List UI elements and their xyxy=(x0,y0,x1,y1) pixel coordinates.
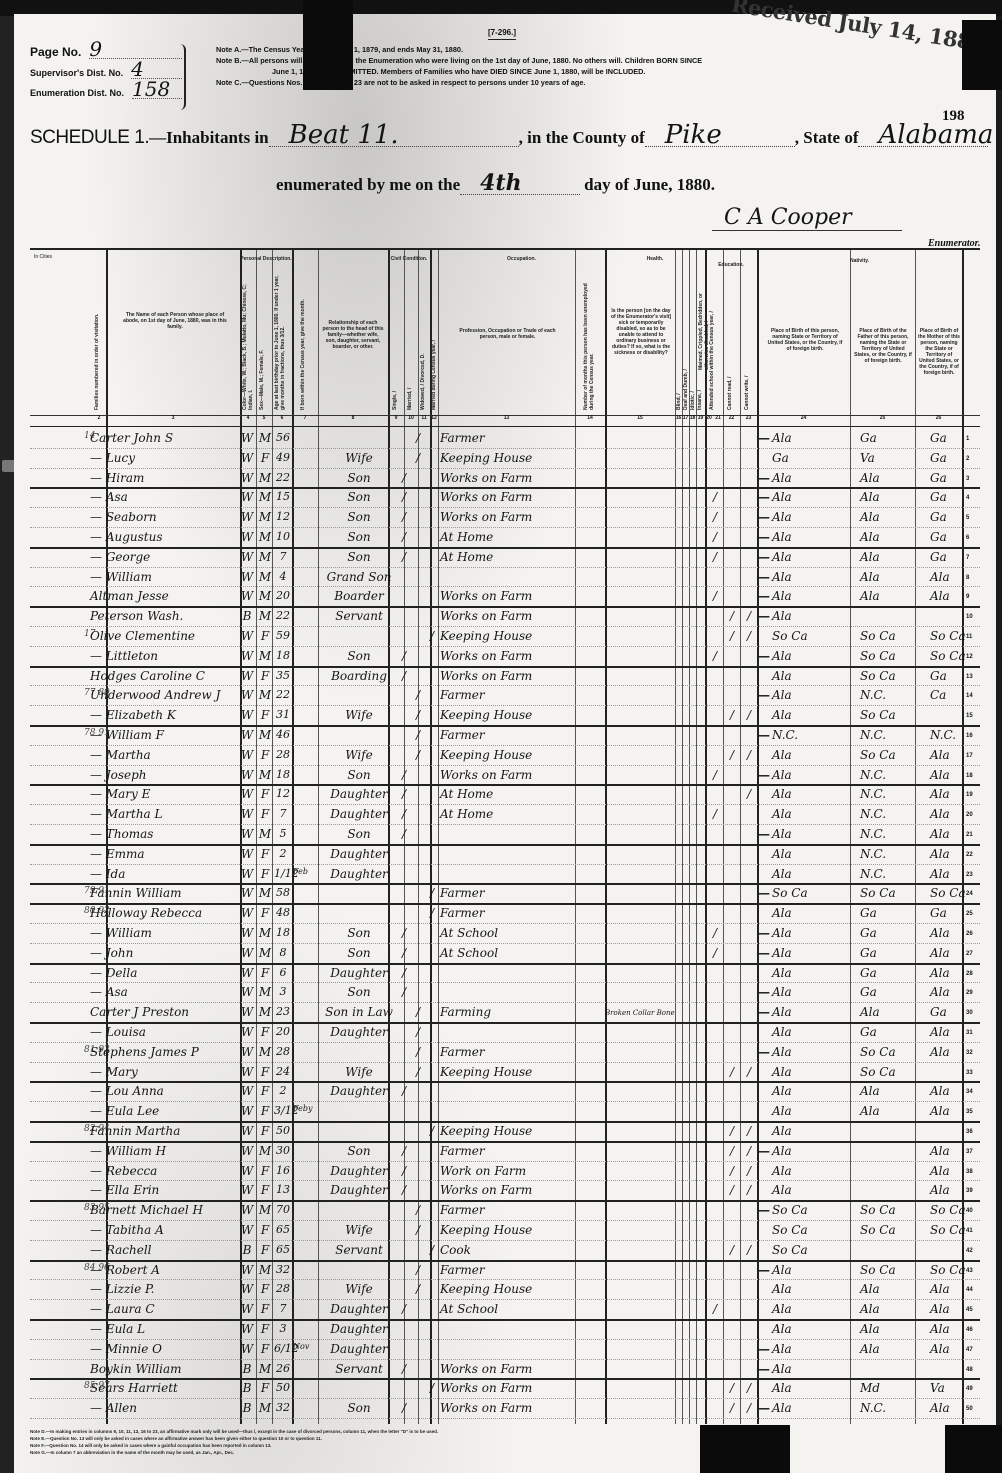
dash-mark: — xyxy=(758,570,770,584)
occupation: At School xyxy=(440,946,498,960)
birthplace: Ala xyxy=(772,748,792,762)
dash-mark: — xyxy=(758,985,770,999)
relationship: Daughter xyxy=(320,867,398,881)
cannot-write-mark: / xyxy=(747,1124,751,1138)
occupation: Works on Farm xyxy=(440,589,532,603)
color-code: W xyxy=(240,847,254,861)
single-mark: / xyxy=(402,471,406,485)
family-divider xyxy=(30,1141,980,1143)
birthplace: Ala xyxy=(772,589,792,603)
dash-mark: — xyxy=(758,946,770,960)
dash-mark: — xyxy=(758,471,770,485)
age-value: 28 xyxy=(274,1045,292,1058)
person-name: — Augustus xyxy=(90,530,163,544)
dash-mark: — xyxy=(758,1045,770,1059)
family-divider xyxy=(30,487,980,489)
dash-mark: — xyxy=(758,688,770,702)
color-code: W xyxy=(240,688,254,702)
age-value: 18 xyxy=(274,768,292,781)
father-birthplace: N.C. xyxy=(860,768,886,782)
family-divider xyxy=(30,1081,980,1083)
widowed-mark: / xyxy=(430,629,434,643)
age-value: 16 xyxy=(274,1164,292,1177)
birth-month: Nov xyxy=(293,1342,309,1351)
col-number: 20 xyxy=(705,415,713,421)
row-divider xyxy=(30,626,980,627)
line-number: 23 xyxy=(966,872,973,878)
birthplace: Ala xyxy=(772,768,792,782)
group-nativity: Nativity. xyxy=(757,258,962,264)
family-divider xyxy=(30,725,980,727)
occupation: Farmer xyxy=(440,1045,485,1059)
age-value: 49 xyxy=(274,451,292,464)
line-number: 19 xyxy=(966,792,973,798)
row-divider xyxy=(30,1101,980,1102)
father-birthplace: Ga xyxy=(860,926,877,940)
birthplace: Ala xyxy=(772,827,792,841)
color-code: B xyxy=(240,609,254,623)
married-mark: / xyxy=(416,1045,420,1059)
col-24-header: Place of Birth of this person, naming St… xyxy=(765,328,845,352)
line-number: 33 xyxy=(966,1070,973,1076)
col-15-header: Is the person [on the day of the Enumera… xyxy=(610,308,672,356)
line-number: 48 xyxy=(966,1367,973,1373)
row-divider xyxy=(30,1062,980,1063)
birthplace: Ala xyxy=(772,1302,792,1316)
row-divider xyxy=(30,527,980,528)
row-divider xyxy=(30,567,980,568)
relationship: Boarding xyxy=(320,669,398,683)
birthplace: Ala xyxy=(772,966,792,980)
row-divider xyxy=(30,448,980,449)
mother-birthplace: Ala xyxy=(930,1104,950,1118)
day-value: 4th xyxy=(460,172,580,195)
cannot-read-mark: / xyxy=(730,1164,734,1178)
married-mark: / xyxy=(416,1282,420,1296)
single-mark: / xyxy=(402,669,406,683)
father-birthplace: N.C. xyxy=(860,787,886,801)
single-mark: / xyxy=(402,787,406,801)
occupation: Keeping House xyxy=(440,748,532,762)
person-name: Underwood Andrew J xyxy=(90,688,220,702)
mother-birthplace: Ala xyxy=(930,1025,950,1039)
color-code: W xyxy=(240,748,254,762)
mother-birthplace: So Ca xyxy=(930,1223,966,1237)
birthplace: Ala xyxy=(772,1144,792,1158)
person-name: — Rebecca xyxy=(90,1164,157,1178)
color-code: W xyxy=(240,669,254,683)
father-birthplace: Ala xyxy=(860,1322,880,1336)
sex-code: M xyxy=(258,431,272,445)
row-divider xyxy=(30,586,980,587)
row-divider xyxy=(30,1359,980,1360)
relationship: Son xyxy=(320,1401,398,1415)
birthplace: Ala xyxy=(772,649,792,663)
age-value: 12 xyxy=(274,510,292,523)
widowed-mark: / xyxy=(430,1381,434,1395)
age-value: 10 xyxy=(274,530,292,543)
birthplace: Ala xyxy=(772,1005,792,1019)
sex-code: M xyxy=(258,550,272,564)
father-birthplace: N.C. xyxy=(860,867,886,881)
birthplace: Ala xyxy=(772,1362,792,1376)
dash-mark: — xyxy=(758,886,770,900)
dash-mark: — xyxy=(758,1005,770,1019)
birthplace: Ala xyxy=(772,1045,792,1059)
single-mark: / xyxy=(402,1401,406,1415)
page-no-label: Page No. xyxy=(30,45,81,59)
father-birthplace: Ga xyxy=(860,431,877,445)
sex-code: M xyxy=(258,688,272,702)
occupation: Works on Farm xyxy=(440,510,532,524)
age-value: 32 xyxy=(274,1263,292,1276)
row-divider xyxy=(30,1240,980,1241)
sex-code: F xyxy=(258,1381,272,1395)
cannot-write-mark: / xyxy=(747,1243,751,1257)
cannot-read-mark: / xyxy=(730,708,734,722)
occupation: Farmer xyxy=(440,728,485,742)
single-mark: / xyxy=(402,1084,406,1098)
father-birthplace: N.C. xyxy=(860,1401,886,1415)
age-value: 7 xyxy=(274,1302,292,1315)
age-value: 28 xyxy=(274,748,292,761)
color-code: W xyxy=(240,1084,254,1098)
dash-mark: — xyxy=(758,589,770,603)
mother-birthplace: Ala xyxy=(930,985,950,999)
cannot-read-mark: / xyxy=(730,748,734,762)
age-value: 20 xyxy=(274,1025,292,1038)
family-divider xyxy=(30,883,980,885)
mother-birthplace: Ga xyxy=(930,530,947,544)
col-number: 10 xyxy=(404,415,418,421)
birthplace: Ala xyxy=(772,609,792,623)
father-birthplace: So Ca xyxy=(860,629,896,643)
color-code: W xyxy=(240,1302,254,1316)
redaction-block xyxy=(945,1425,1002,1473)
father-birthplace: Ala xyxy=(860,1302,880,1316)
sex-code: M xyxy=(258,827,272,841)
age-value: 26 xyxy=(274,1362,292,1375)
mother-birthplace: So Ca xyxy=(930,1203,966,1217)
birthplace: Ala xyxy=(772,867,792,881)
schedule-title-line: SCHEDULE 1. —Inhabitants in Beat 11. , i… xyxy=(30,124,988,149)
person-name: Stephens James P xyxy=(90,1045,199,1059)
person-name: — Rachell xyxy=(90,1243,152,1257)
school-mark: / xyxy=(713,550,717,564)
place-value: Beat 11. xyxy=(269,124,519,147)
age-value: 18 xyxy=(274,926,292,939)
mother-birthplace: Ala xyxy=(930,1183,950,1197)
sex-code: F xyxy=(258,847,272,861)
birth-month: Feb xyxy=(293,867,308,876)
relationship: Son xyxy=(320,550,398,564)
person-name: — Asa xyxy=(90,490,128,504)
cannot-write-mark: / xyxy=(747,1065,751,1079)
father-birthplace: N.C. xyxy=(860,827,886,841)
age-value: 3 xyxy=(274,1322,292,1335)
row-divider xyxy=(30,1279,980,1280)
sex-code: M xyxy=(258,1045,272,1059)
col-number: 22 xyxy=(723,415,740,421)
line-number: 16 xyxy=(966,733,973,739)
father-birthplace: Ala xyxy=(860,1342,880,1356)
person-name: — John xyxy=(90,946,133,960)
age-value: 50 xyxy=(274,1124,292,1137)
col-number: 11 xyxy=(418,415,430,421)
person-name: — William xyxy=(90,570,152,584)
age-value: 70 xyxy=(274,1203,292,1216)
school-mark: / xyxy=(713,649,717,663)
county-label: , in the County of xyxy=(519,128,645,148)
line-number: 8 xyxy=(966,575,969,581)
single-mark: / xyxy=(402,966,406,980)
person-name: — Mary xyxy=(90,1065,138,1079)
age-value: 15 xyxy=(274,490,292,503)
occupation: Works on Farm xyxy=(440,768,532,782)
redaction-block xyxy=(700,1425,790,1473)
birthplace: Ala xyxy=(772,847,792,861)
inhabitants-label: —Inhabitants in xyxy=(149,128,269,148)
col-number: 24 xyxy=(757,415,850,421)
col-number: 14 xyxy=(575,415,605,421)
line-number: 14 xyxy=(966,693,973,699)
row-divider xyxy=(30,1042,980,1043)
row-divider xyxy=(30,1161,980,1162)
relationship: Son xyxy=(320,926,398,940)
occupation: Works on Farm xyxy=(440,1381,532,1395)
line-number: 37 xyxy=(966,1149,973,1155)
color-code: W xyxy=(240,1045,254,1059)
father-birthplace: Md xyxy=(860,1381,880,1395)
dash-mark: — xyxy=(758,550,770,564)
age-value: 2 xyxy=(274,847,292,860)
col-number: 16 xyxy=(675,415,682,421)
single-mark: / xyxy=(402,768,406,782)
relationship: Wife xyxy=(320,708,398,722)
age-value: 7 xyxy=(274,550,292,563)
mother-birthplace: Ga xyxy=(930,906,947,920)
mother-birthplace: Ala xyxy=(930,1045,950,1059)
father-birthplace: Ala xyxy=(860,471,880,485)
cannot-read-mark: / xyxy=(730,1124,734,1138)
dash-mark: — xyxy=(758,1203,770,1217)
enumeration-label: Enumeration Dist. No. xyxy=(30,88,124,98)
school-mark: / xyxy=(713,530,717,544)
color-code: W xyxy=(240,570,254,584)
sex-code: M xyxy=(258,985,272,999)
person-name: — William xyxy=(90,926,152,940)
cannot-read-mark: / xyxy=(730,629,734,643)
col-22-header: Cannot read, / xyxy=(727,360,733,410)
col-number: 18 xyxy=(689,415,696,421)
cannot-write-mark: / xyxy=(747,748,751,762)
birthplace: Ala xyxy=(772,787,792,801)
color-code: W xyxy=(240,886,254,900)
cannot-read-mark: / xyxy=(730,1381,734,1395)
occupation: Works on Farm xyxy=(440,609,532,623)
age-value: 1/12 xyxy=(274,867,292,880)
sex-code: F xyxy=(258,966,272,980)
person-name: — Eula L xyxy=(90,1322,145,1336)
sex-code: F xyxy=(258,1104,272,1118)
family-divider xyxy=(30,963,980,965)
cannot-write-mark: / xyxy=(747,1144,751,1158)
person-name: — Ida xyxy=(90,867,125,881)
line-number: 50 xyxy=(966,1406,973,1412)
birthplace: Ala xyxy=(772,1381,792,1395)
person-name: Peterson Wash. xyxy=(90,609,183,623)
line-number: 1 xyxy=(966,436,969,442)
col-4-header: Color—White, W.; Black, B.; Mulatto, Mu;… xyxy=(242,270,254,410)
father-birthplace: Va xyxy=(860,451,875,465)
col-number: 21 xyxy=(713,415,723,421)
person-name: — Robert A xyxy=(90,1263,160,1277)
birthplace: Ala xyxy=(772,946,792,960)
married-mark: / xyxy=(416,1263,420,1277)
age-value: 22 xyxy=(274,471,292,484)
occupation: Farming xyxy=(440,1005,491,1019)
occupation: Keeping House xyxy=(440,1223,532,1237)
widowed-mark: / xyxy=(430,1124,434,1138)
person-name: Carter J Preston xyxy=(90,1005,189,1019)
col-number: 4 xyxy=(240,415,256,421)
family-divider xyxy=(30,903,980,905)
sex-code: M xyxy=(258,570,272,584)
age-value: 28 xyxy=(274,1282,292,1295)
relationship: Son xyxy=(320,530,398,544)
row-divider xyxy=(30,646,980,647)
single-mark: / xyxy=(402,1144,406,1158)
redaction-block xyxy=(303,0,353,90)
mother-birthplace: So Ca xyxy=(930,886,966,900)
row-divider xyxy=(30,982,980,983)
father-birthplace: Ga xyxy=(860,906,877,920)
age-value: 13 xyxy=(274,1183,292,1196)
person-name: — William F xyxy=(90,728,164,742)
age-value: 6 xyxy=(274,966,292,979)
dash-mark: — xyxy=(758,1263,770,1277)
color-code: W xyxy=(240,550,254,564)
sex-code: M xyxy=(258,1263,272,1277)
sex-code: F xyxy=(258,1302,272,1316)
birthplace: Ala xyxy=(772,688,792,702)
mother-birthplace: Ala xyxy=(930,768,950,782)
relationship: Grand Son xyxy=(320,570,398,584)
dash-mark: — xyxy=(758,728,770,742)
family-divider xyxy=(30,666,980,668)
occupation: At School xyxy=(440,926,498,940)
person-name: — Laura C xyxy=(90,1302,155,1316)
person-name: — Lizzie P. xyxy=(90,1282,154,1296)
father-birthplace: N.C. xyxy=(860,688,886,702)
line-number: 3 xyxy=(966,476,969,482)
birthplace: Ala xyxy=(772,1124,792,1138)
relationship: Daughter xyxy=(320,1025,398,1039)
color-code: W xyxy=(240,510,254,524)
married-mark: / xyxy=(416,1203,420,1217)
state-label: , State of xyxy=(795,128,859,148)
row-divider xyxy=(30,1398,980,1399)
col-number: 26 xyxy=(915,415,962,421)
mother-birthplace: Ga xyxy=(930,431,947,445)
cannot-write-mark: / xyxy=(747,708,751,722)
birthplace: So Ca xyxy=(772,629,808,643)
relationship: Daughter xyxy=(320,1164,398,1178)
footer-notes: Note D.—In making entries in columns 9, … xyxy=(30,1428,930,1456)
person-name: — Eula Lee xyxy=(90,1104,159,1118)
cannot-write-mark: / xyxy=(747,1381,751,1395)
single-mark: / xyxy=(402,1183,406,1197)
sex-code: M xyxy=(258,530,272,544)
mother-birthplace: Ga xyxy=(930,490,947,504)
person-name: — Ella Erin xyxy=(90,1183,159,1197)
district-info-box: Page No.9 Supervisor's Dist. No.4 Enumer… xyxy=(30,40,182,112)
person-name: Fannin Martha xyxy=(90,1124,180,1138)
sex-code: F xyxy=(258,748,272,762)
relationship: Son xyxy=(320,827,398,841)
birthplace: Ala xyxy=(772,1401,792,1415)
school-mark: / xyxy=(713,768,717,782)
father-birthplace: So Ca xyxy=(860,669,896,683)
birthplace: Ala xyxy=(772,807,792,821)
enumeration-value: 158 xyxy=(132,80,182,99)
age-value: 4 xyxy=(274,570,292,583)
line-number: 4 xyxy=(966,495,969,501)
family-divider xyxy=(30,784,980,786)
col-number: 2 xyxy=(94,415,104,421)
birthplace: Ala xyxy=(772,1084,792,1098)
widowed-mark: / xyxy=(430,906,434,920)
relationship: Son xyxy=(320,768,398,782)
color-code: W xyxy=(240,1342,254,1356)
widowed-mark: / xyxy=(430,886,434,900)
father-birthplace: Ala xyxy=(860,490,880,504)
col-11-header: Widowed, / Divorced, D. xyxy=(420,340,426,410)
col-19-header: Insane, / xyxy=(697,375,703,410)
mother-birthplace: Ala xyxy=(930,748,950,762)
family-divider xyxy=(30,606,980,608)
age-value: 24 xyxy=(274,1065,292,1078)
birthplace: Ala xyxy=(772,1322,792,1336)
birthplace: Ala xyxy=(772,490,792,504)
relationship: Daughter xyxy=(320,807,398,821)
birthplace: Ala xyxy=(772,510,792,524)
col-21-header: Attended school within the Census year, … xyxy=(709,280,715,410)
group-personal: Personal Description. xyxy=(240,256,292,262)
person-name: — Martha xyxy=(90,748,151,762)
relationship: Wife xyxy=(320,451,398,465)
sex-code: F xyxy=(258,708,272,722)
occupation: Cook xyxy=(440,1243,471,1257)
mother-birthplace: Ala xyxy=(930,1164,950,1178)
color-code: W xyxy=(240,1164,254,1178)
person-name: — Tabitha A xyxy=(90,1223,164,1237)
dash-mark: — xyxy=(758,768,770,782)
color-code: W xyxy=(240,1203,254,1217)
birthplace: Ala xyxy=(772,1263,792,1277)
father-birthplace: Ga xyxy=(860,985,877,999)
cannot-write-mark: / xyxy=(747,1401,751,1415)
color-code: W xyxy=(240,768,254,782)
mother-birthplace: Ala xyxy=(930,1084,950,1098)
age-value: 3 xyxy=(274,985,292,998)
person-name: Boykin William xyxy=(90,1362,181,1376)
occupation: Works on Farm xyxy=(440,1401,532,1415)
father-birthplace: Ala xyxy=(860,1104,880,1118)
school-mark: / xyxy=(713,807,717,821)
mother-birthplace: Ga xyxy=(930,451,947,465)
col-7-header: If born within the Census year, give the… xyxy=(300,280,306,410)
